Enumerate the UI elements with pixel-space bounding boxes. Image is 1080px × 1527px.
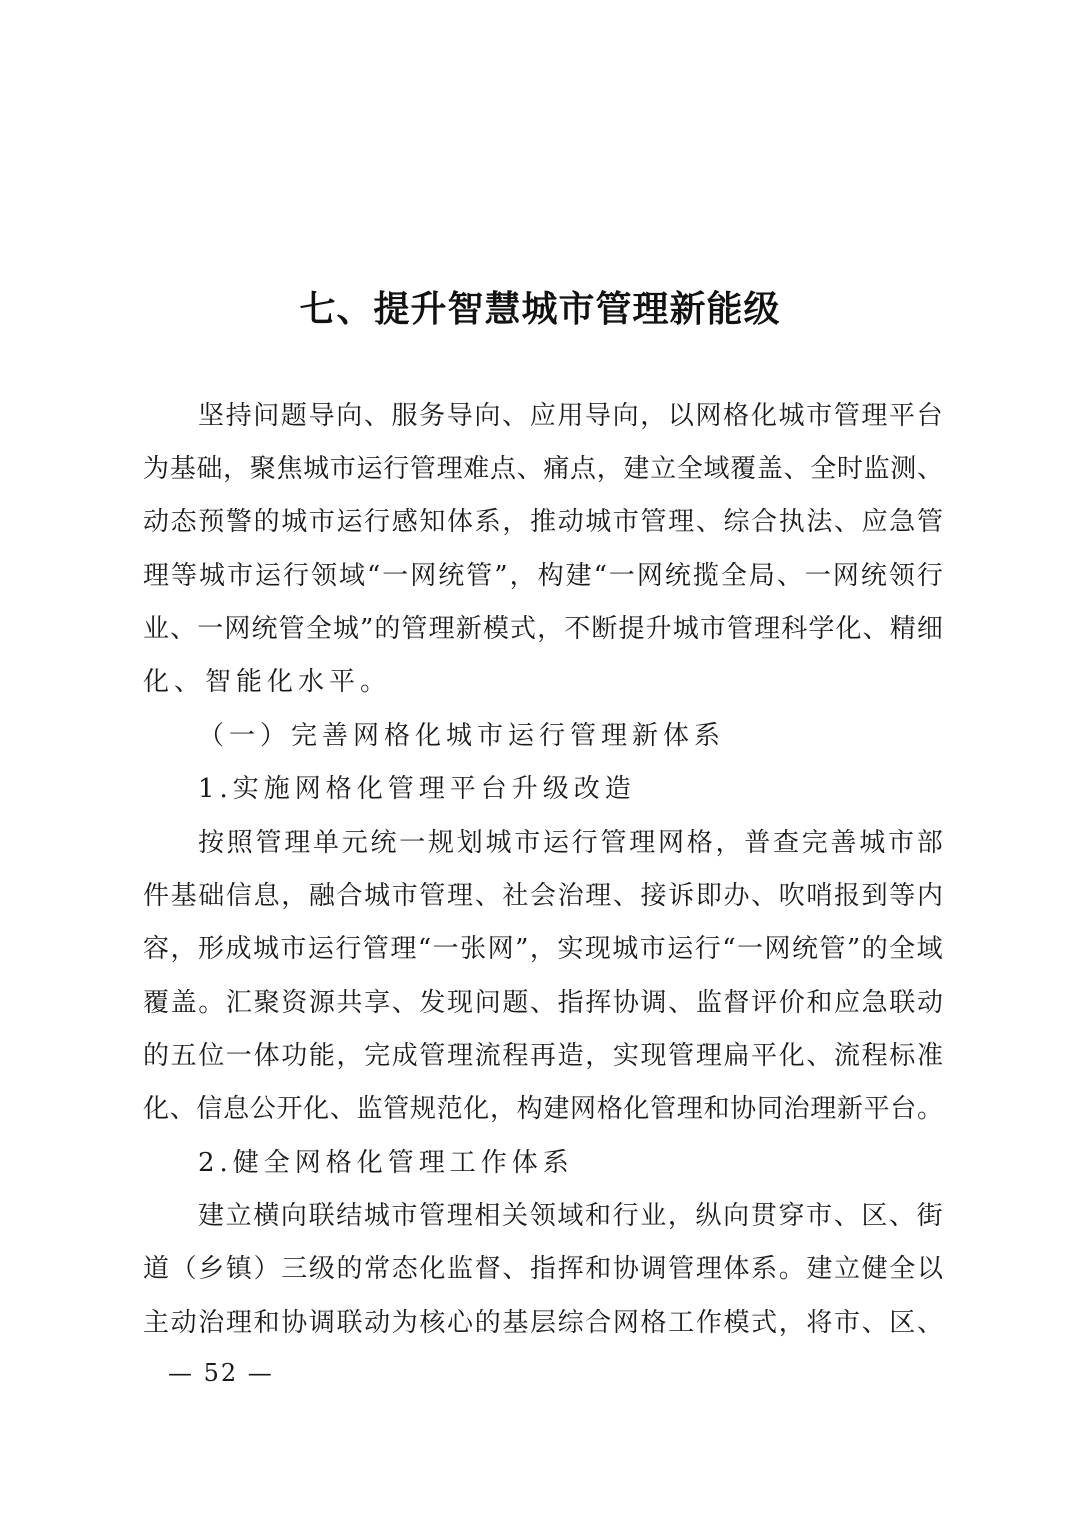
text-line: 容，形成城市运行管理“一张网”，实现城市运行“一网统管”的全域 [143, 929, 943, 969]
text-line: 化、智能化水平。 [143, 662, 943, 702]
text-line: 为基础，聚焦城市运行管理难点、痛点，建立全域覆盖、全时监测、 [143, 449, 943, 489]
text-line: 按照管理单元统一规划城市运行管理网格，普查完善城市部 [198, 823, 943, 863]
text-line: 覆盖。汇聚资源共享、发现问题、指挥协调、监督评价和应急联动 [143, 983, 943, 1023]
text-line: 动态预警的城市运行感知体系，推动城市管理、综合执法、应急管 [143, 502, 943, 542]
text-line: 道（乡镇）三级的常态化监督、指挥和协调管理体系。建立健全以 [143, 1249, 943, 1289]
text-line: 主动治理和协调联动为核心的基层综合网格工作模式，将市、区、 [143, 1303, 943, 1343]
text-line: 的五位一体功能，完成管理流程再造，实现管理扁平化、流程标准 [143, 1036, 943, 1076]
section-title: 七、提升智慧城市管理新能级 [0, 283, 1080, 335]
text-line: 理等城市运行领域“一网统管”，构建“一网统揽全局、一网统领行 [143, 556, 943, 596]
text-line: 坚持问题导向、服务导向、应用导向，以网格化城市管理平台 [198, 396, 943, 436]
text-line: （一）完善网格化城市运行管理新体系 [198, 716, 943, 756]
text-line: 2.健全网格化管理工作体系 [198, 1143, 943, 1183]
text-line: 件基础信息，融合城市管理、社会治理、接诉即办、吹哨报到等内 [143, 876, 943, 916]
text-line: 化、信息公开化、监管规范化，构建网格化管理和协同治理新平台。 [143, 1089, 943, 1129]
text-line: 建立横向联结城市管理相关领域和行业，纵向贯穿市、区、街 [198, 1196, 943, 1236]
text-line: 1.实施网格化管理平台升级改造 [198, 769, 943, 809]
page-number: — 52 — [168, 1355, 274, 1391]
text-line: 业、一网统管全城”的管理新模式，不断提升城市管理科学化、精细 [143, 609, 943, 649]
document-page: 七、提升智慧城市管理新能级 坚持问题导向、服务导向、应用导向，以网格化城市管理平… [0, 0, 1080, 1527]
